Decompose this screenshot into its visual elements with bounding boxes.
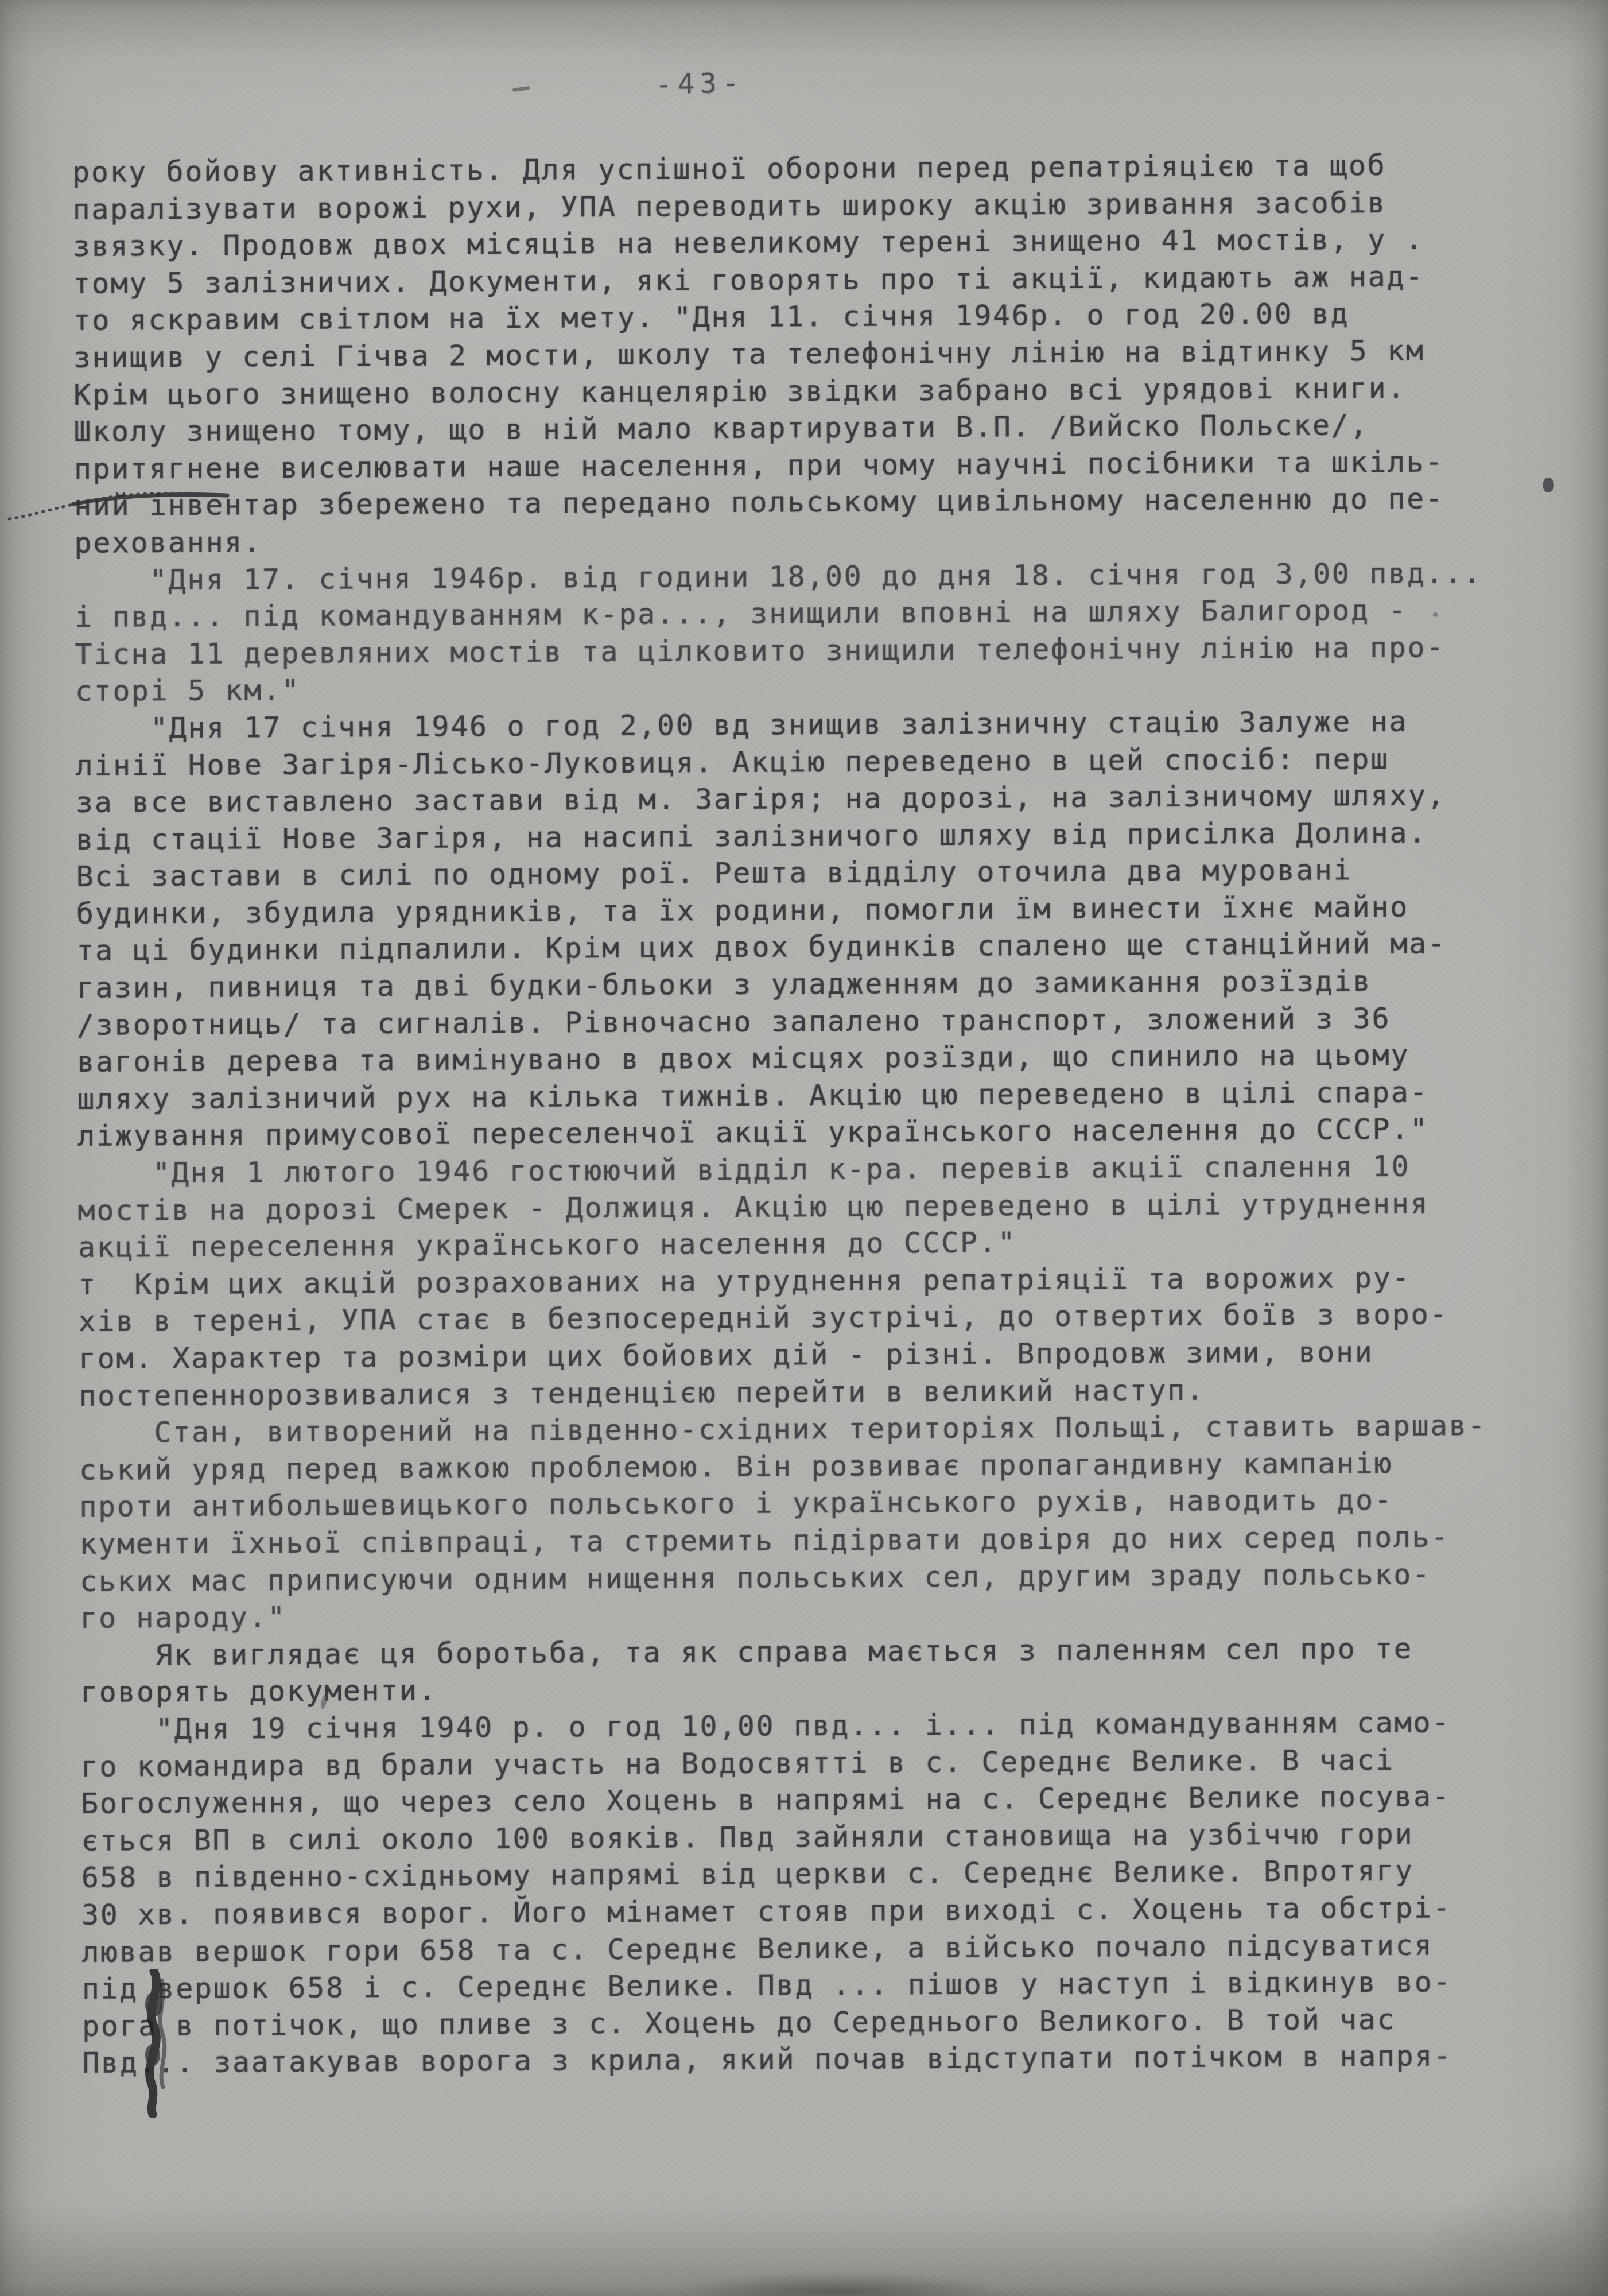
- paragraph-7: Як виглядає ця боротьба, та як справа ма…: [80, 1629, 1608, 1711]
- handwritten-strike-mark: [5, 481, 234, 533]
- paragraph-5: т Крім цих акцій розрахованих на утрудне…: [78, 1258, 1608, 1414]
- scan-smudge: [654, 2268, 1021, 2296]
- ink-smear: [130, 1969, 181, 2118]
- ink-speck: [1543, 478, 1554, 492]
- document-text: року бойову активність. Для успішної обо…: [72, 146, 1608, 2082]
- ink-speck: [1433, 612, 1438, 617]
- paragraph-8: "Дня 19 січня 1940 р. о год 10,00 пвд...…: [80, 1703, 1608, 2082]
- paragraph-6: Стан, витворений на південно-східних тер…: [79, 1406, 1608, 1637]
- scan-corner-shadow: [1367, 2124, 1608, 2296]
- paragraph-1: року бойову активність. Для успішної обо…: [72, 146, 1607, 562]
- paragraph-3: "Дня 17 січня 1946 о год 2,00 вд знищив …: [75, 702, 1608, 1155]
- ink-speck: [512, 86, 530, 92]
- page-number: -43-: [655, 67, 745, 100]
- paragraph-4: "Дня 1 лютого 1946 гостюючий відділ к-ра…: [77, 1147, 1608, 1266]
- paragraph-2: "Дня 17. січня 1946р. від години 18,00 д…: [75, 554, 1607, 710]
- scanned-page: -43- року бойову активність. Для успішно…: [0, 0, 1608, 2296]
